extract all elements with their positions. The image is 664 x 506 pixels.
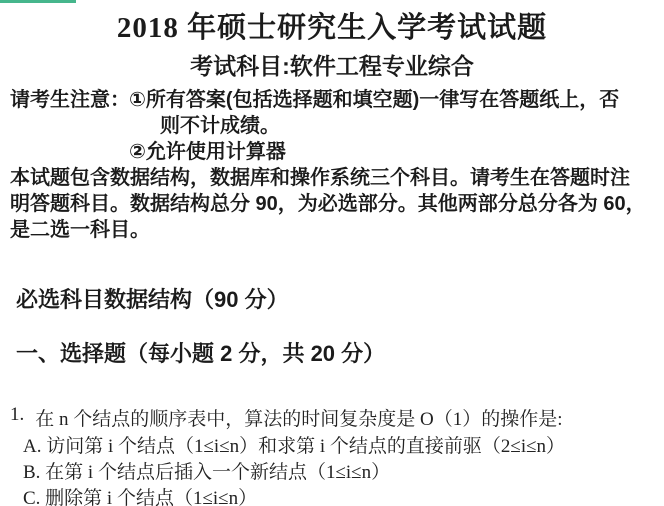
question-1-option-a: A. 访问第 i 个结点（1≤i≤n）和求第 i 个结点的直接前驱（2≤i≤n） xyxy=(23,431,565,458)
notice-line: 则不计成绩。 xyxy=(160,113,280,139)
intro-line: 是二选一科目。 xyxy=(10,217,150,243)
question-1-option-c: C. 删除第 i 个结点（1≤i≤n） xyxy=(23,483,257,506)
section-heading-multiple-choice: 一、选择题（每小题 2 分，共 20 分） xyxy=(16,337,385,368)
exam-subject-line: 考试科目:软件工程专业综合 xyxy=(0,48,664,81)
question-stem: 在 n 个结点的顺序表中，算法的时间复杂度是 O（1）的操作是: xyxy=(35,404,562,431)
intro-line: 本试题包含数据结构，数据库和操作系统三个科目。请考生在答题时注 xyxy=(10,165,630,191)
exam-paper-page: 2018 年硕士研究生入学考试试题 考试科目:软件工程专业综合 请考生注意： ①… xyxy=(0,0,664,506)
notice-line: ②允许使用计算器 xyxy=(129,139,286,165)
question-1: 1. 在 n 个结点的顺序表中，算法的时间复杂度是 O（1）的操作是: xyxy=(10,404,563,431)
question-1-option-b: B. 在第 i 个结点后插入一个新结点（1≤i≤n） xyxy=(23,457,390,484)
question-number: 1. xyxy=(10,404,24,431)
notice-line: ①所有答案(包括选择题和填空题)一律写在答题纸上，否 xyxy=(129,87,619,113)
page-title: 2018 年硕士研究生入学考试试题 xyxy=(0,5,664,46)
intro-line: 明答题科目。数据结构总分 90，为必选部分。其他两部分总分各为 60， xyxy=(10,191,646,217)
section-heading-required-subject: 必选科目数据结构（90 分） xyxy=(16,283,289,314)
top-left-accent-line xyxy=(0,0,76,3)
notice-label: 请考生注意： xyxy=(10,87,130,113)
